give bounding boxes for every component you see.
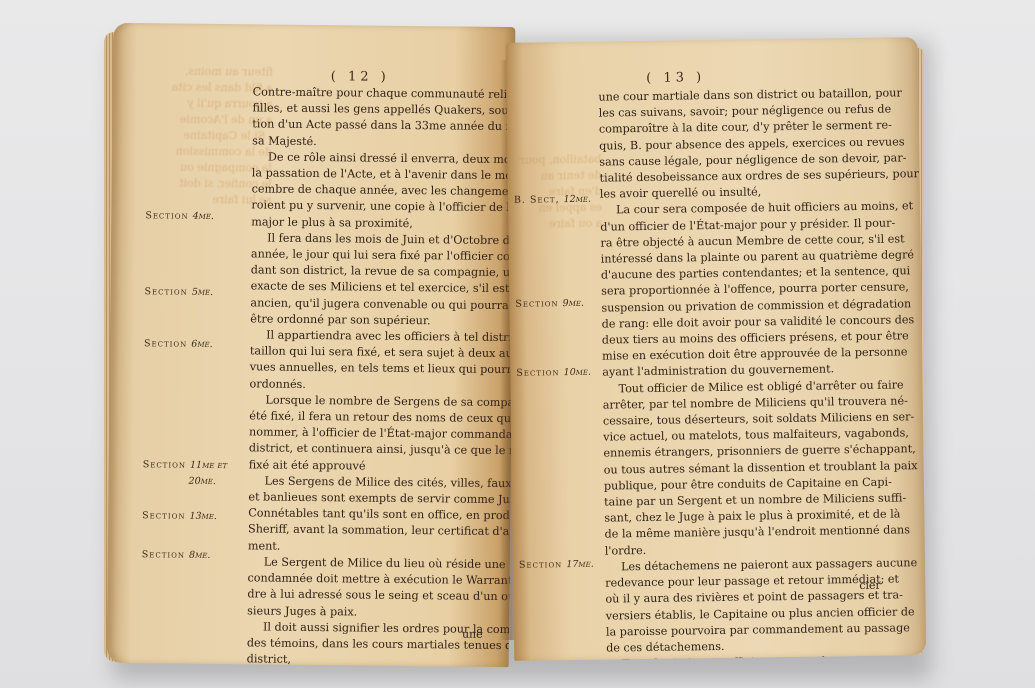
section-margin-note: Section 6me. xyxy=(144,338,213,350)
section-ordinal: 8me. xyxy=(189,550,210,561)
open-book: fiteur au moins, a fild dans les cita a … xyxy=(0,0,1035,688)
section-ordinal: 5me. xyxy=(192,287,213,298)
text-line: district, xyxy=(247,651,497,667)
section-margin-note: Section 5me. xyxy=(144,286,213,298)
section-ordinal: 20me. xyxy=(189,476,217,487)
section-label: Section xyxy=(144,286,191,297)
section-margin-note: Section 10me. xyxy=(516,367,591,379)
section-ordinal: 10me. xyxy=(564,367,592,378)
text-line: Sheriff, avant la sommation, leur certif… xyxy=(248,522,498,541)
margin-notes: B. Sect, 12me.Section 9me.Section 10me.S… xyxy=(506,37,918,43)
section-margin-note: Section 17me. xyxy=(519,559,594,571)
section-ordinal: 13me. xyxy=(189,511,217,522)
section-ordinal: 11me et xyxy=(190,460,227,471)
section-label: Section xyxy=(142,549,189,560)
section-margin-note: Section 13me. xyxy=(142,510,217,522)
section-label: Section xyxy=(142,510,189,521)
section-ordinal: 9me. xyxy=(563,298,584,309)
section-margin-note: B. Sect, 12me. xyxy=(514,194,591,206)
section-label: Section xyxy=(519,559,566,571)
left-page: fiteur au moins, a fild dans les cita a … xyxy=(107,23,516,667)
section-margin-note: Section 8me. xyxy=(142,549,211,561)
section-ordinal: 17me. xyxy=(566,559,594,570)
section-margin-note: Section 11me et xyxy=(143,459,228,471)
page-body-text: une cour martiale dans son district ou b… xyxy=(598,86,888,661)
bleed-through-text: bataillon, pour de tenir au d'en faire e… xyxy=(521,152,607,613)
section-margin-note: Section 9me. xyxy=(515,298,584,310)
page-number: ( 13 ) xyxy=(646,70,705,86)
section-label: Section xyxy=(516,367,563,379)
section-label: B. Sect, xyxy=(514,194,564,206)
section-margin-note: Section 4me. xyxy=(145,210,214,222)
section-ordinal: 6me. xyxy=(191,339,212,350)
section-label: Section xyxy=(144,338,191,349)
page-body-text: Contre-maître pour chaque communauté rel… xyxy=(246,84,502,667)
catchword: cier xyxy=(859,579,881,592)
margin-notes: Section 4me.Section 5me.Section 6me.Sect… xyxy=(113,23,515,27)
section-label: Section xyxy=(145,210,192,221)
page-number: ( 12 ) xyxy=(331,69,390,85)
section-margin-note: 20me. xyxy=(189,476,217,487)
section-label: Section xyxy=(143,459,190,470)
section-label: Section xyxy=(515,298,562,310)
catchword: une xyxy=(462,628,483,641)
text-line: dre à lui adressé sous le seing et sceau… xyxy=(247,587,497,606)
section-ordinal: 4me. xyxy=(193,211,214,222)
section-ordinal: 12me. xyxy=(564,194,592,205)
right-page: bataillon, pour de tenir au d'en faire e… xyxy=(506,37,927,661)
